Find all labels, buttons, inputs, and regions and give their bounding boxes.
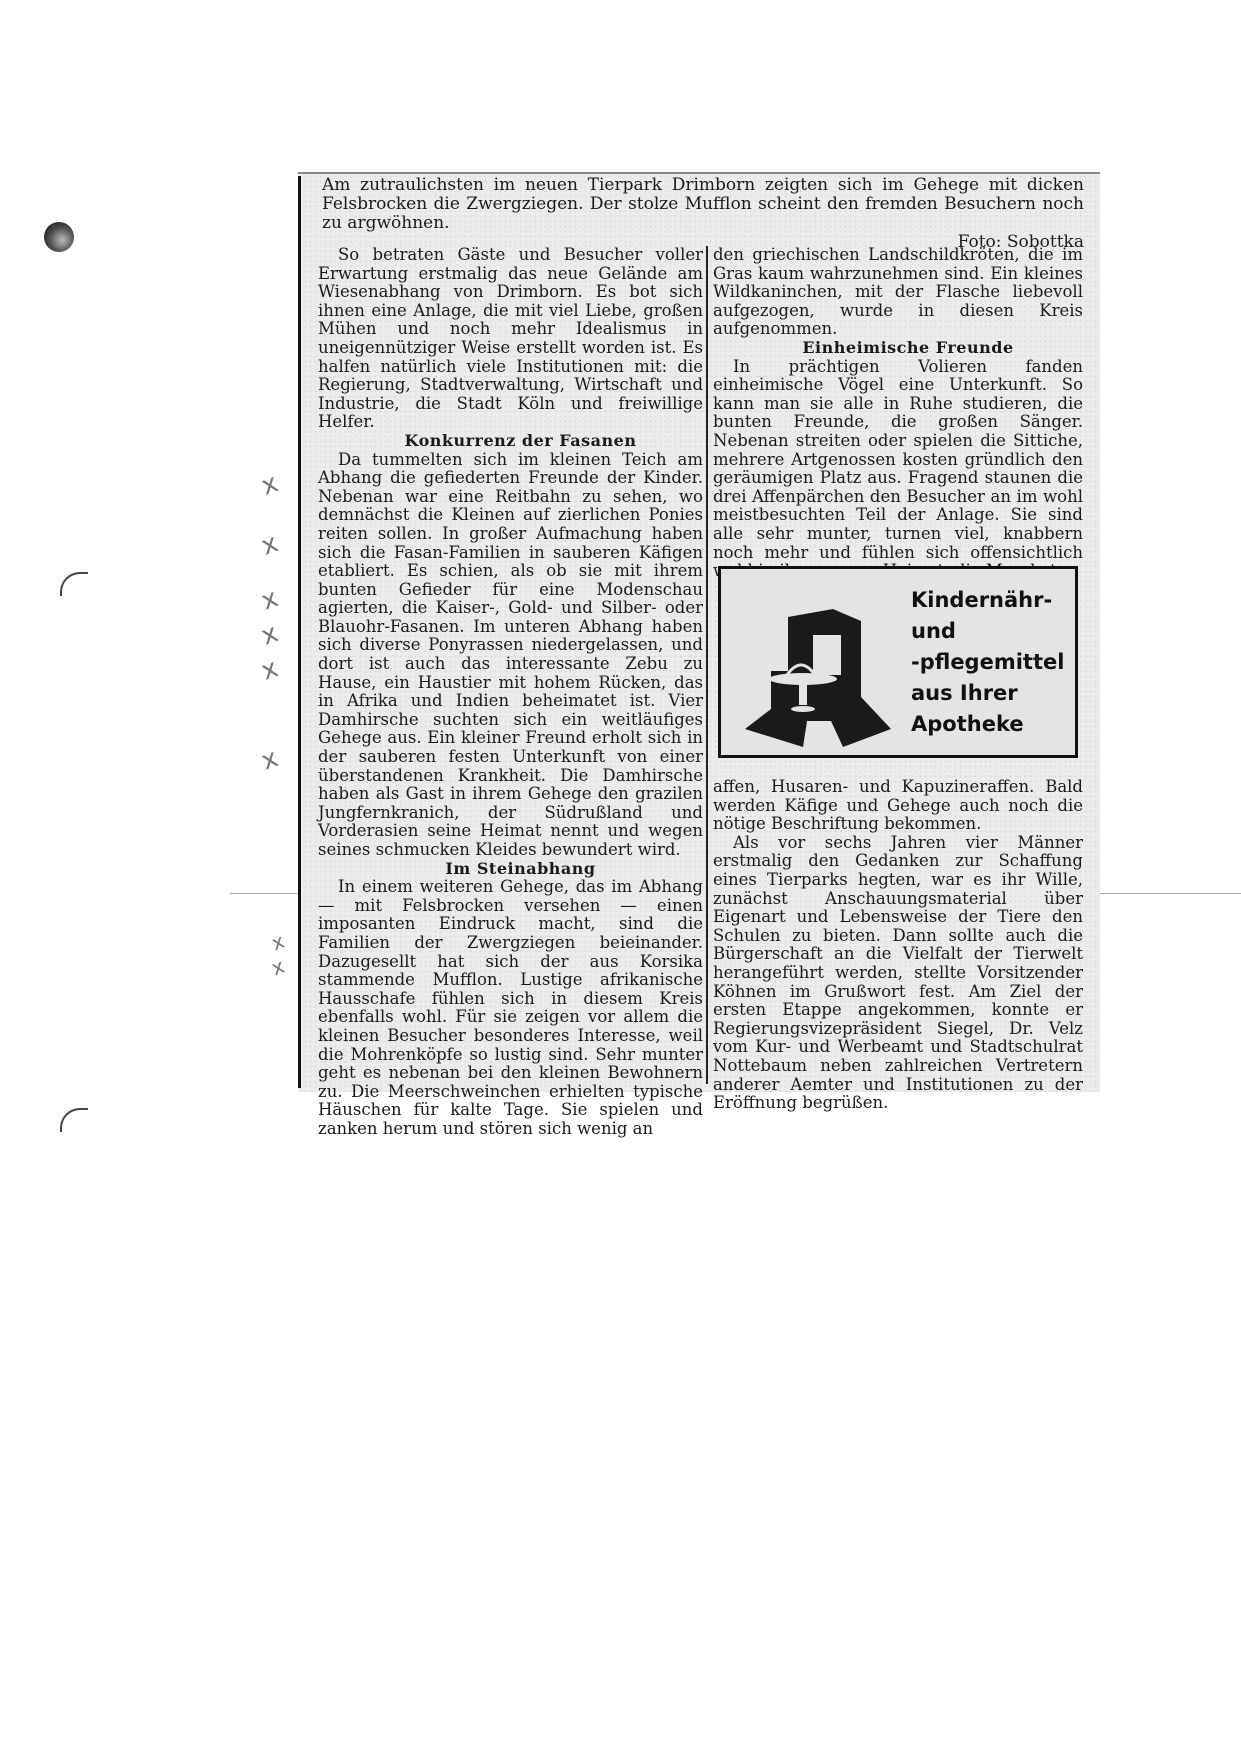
pencil-check-mark: x (257, 583, 282, 616)
ad-line: Kindernähr- (911, 585, 1071, 616)
pencil-check-mark: x (257, 528, 282, 561)
paragraph: den griechischen Landschildkröten, die i… (713, 246, 1083, 339)
paragraph: Als vor sechs Jahren vier Männer erstmal… (713, 834, 1083, 1113)
ad-line: aus Ihrer (911, 678, 1071, 709)
subheading: Konkurrenz der Fasanen (318, 432, 703, 451)
ad-line: Apotheke (911, 709, 1071, 740)
clipping-border (298, 176, 301, 1088)
scan-line (1100, 893, 1241, 894)
paragraph: In einem weiteren Gehege, das im Abhang … (318, 878, 703, 1138)
paragraph: So betraten Gäste und Besucher voller Er… (318, 246, 703, 432)
article-column-right-bottom: affen, Husaren- und Kapuzineraffen. Bald… (713, 778, 1083, 1113)
caption-text: Am zutraulichsten im neuen Tierpark Drim… (322, 175, 1084, 233)
article-column-left: So betraten Gäste und Besucher voller Er… (318, 246, 703, 1139)
paragraph: In prächtigen Volieren fanden einheimisc… (713, 358, 1083, 581)
article-column-right-top: den griechischen Landschildkröten, die i… (713, 246, 1083, 581)
pharmacy-advertisement: Kindernähr- und -pflegemittel aus Ihrer … (718, 566, 1078, 758)
pencil-check-mark: x (268, 954, 287, 981)
apotheke-a-logo-icon (743, 609, 893, 749)
punch-hole (44, 222, 74, 252)
ad-line: und (911, 616, 1071, 647)
punch-hole-mark (60, 1108, 88, 1132)
photo-caption: Am zutraulichsten im neuen Tierpark Drim… (322, 176, 1084, 252)
subheading: Einheimische Freunde (713, 339, 1083, 358)
subheading: Im Steinabhang (318, 860, 703, 879)
column-divider (706, 246, 708, 1084)
ad-line: -pflegemittel (911, 647, 1071, 678)
pencil-check-mark: x (257, 468, 282, 501)
scan-line (230, 893, 300, 894)
paragraph: Da tummelten sich im kleinen Teich am Ab… (318, 451, 703, 860)
punch-hole-mark (60, 572, 88, 596)
pencil-check-mark: x (257, 743, 282, 776)
pencil-check-mark: x (257, 618, 282, 651)
ad-slogan: Kindernähr- und -pflegemittel aus Ihrer … (911, 585, 1071, 740)
pencil-check-mark: x (257, 653, 282, 686)
paragraph: affen, Husaren- und Kapuzineraffen. Bald… (713, 778, 1083, 834)
pencil-check-mark: x (268, 929, 287, 956)
